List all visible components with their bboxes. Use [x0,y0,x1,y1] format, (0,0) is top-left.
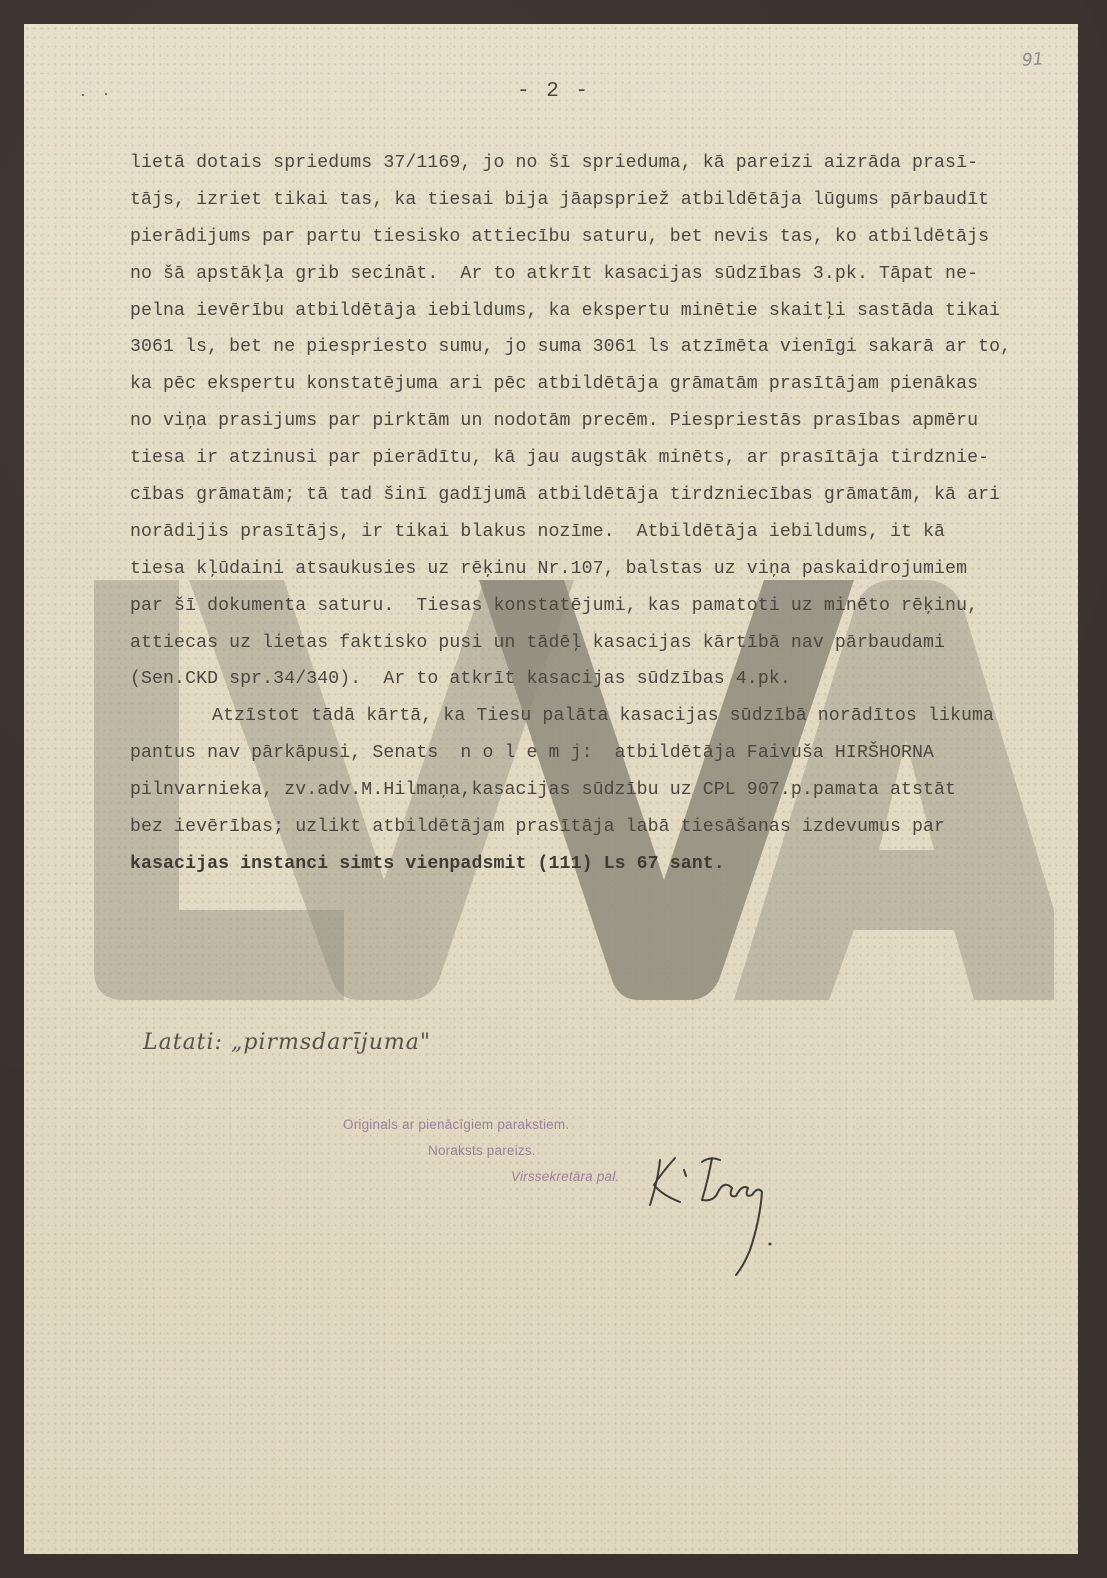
text-line: attiecas uz lietas faktisko pusi un tādē… [130,625,1090,662]
signature-icon [640,1140,800,1280]
text-line: norādijis prasītājs, ir tikai blakus noz… [130,514,1090,551]
handwritten-note: Latati: „pirmsdarījuma" [143,1030,431,1055]
text-line: no šā apstākļa grib secināt. Ar to atkrī… [130,256,1090,293]
text-line: kasacijas instanci simts vienpadsmit (11… [130,846,1090,883]
text-line: 3061 ls, bet ne piespriesto sumu, jo sum… [130,329,1090,366]
text-line-paragraph-start: Atzīstot tādā kārtā, ka Tiesu palāta kas… [130,698,1090,735]
text-line: (Sen.CKD spr.34/340). Ar to atkrīt kasac… [130,661,1090,698]
text-line: par šī dokumenta saturu. Tiesas konstatē… [130,588,1090,625]
text-line: pilnvarnieka, zv.adv.M.Hilmaņa,kasacijas… [130,772,1090,809]
certification-stamp-line-3: Virssekretāra pal. [511,1169,619,1184]
text-line: no viņa prasijums par pirktām un nodotām… [130,403,1090,440]
text-line: lietā dotais spriedums 37/1169, jo no šī… [130,145,1090,182]
archive-sheet-number: 91 [1021,49,1044,70]
decision-body-text: lietā dotais spriedums 37/1169, jo no šī… [130,145,1090,883]
text-line: pantus nav pārkāpusi, Senats n o l e m j… [130,735,1090,772]
certification-stamp-line-2: Noraksts pareizs. [428,1143,536,1158]
certification-stamp-line-1: Originals ar pienācīgiem parakstiem. [343,1117,569,1132]
text-line: tiesa kļūdaini atsaukusies uz rēķinu Nr.… [130,551,1090,588]
text-line: bez ievērības; uzlikt atbildētājam prasī… [130,809,1090,846]
page-number: - 2 - [0,80,1107,103]
text-line: pierādijums par partu tiesisko attiecību… [130,219,1090,256]
text-line: cības grāmatām; tā tad šinī gadījumā atb… [130,477,1090,514]
text-line: ka pēc ekspertu konstatējuma ari pēc atb… [130,366,1090,403]
text-line: tājs, izriet tikai tas, ka tiesai bija j… [130,182,1090,219]
text-line: pelna ievērību atbildētāja iebildums, ka… [130,293,1090,330]
text-line: tiesa ir atzinusi par pierādītu, kā jau … [130,440,1090,477]
